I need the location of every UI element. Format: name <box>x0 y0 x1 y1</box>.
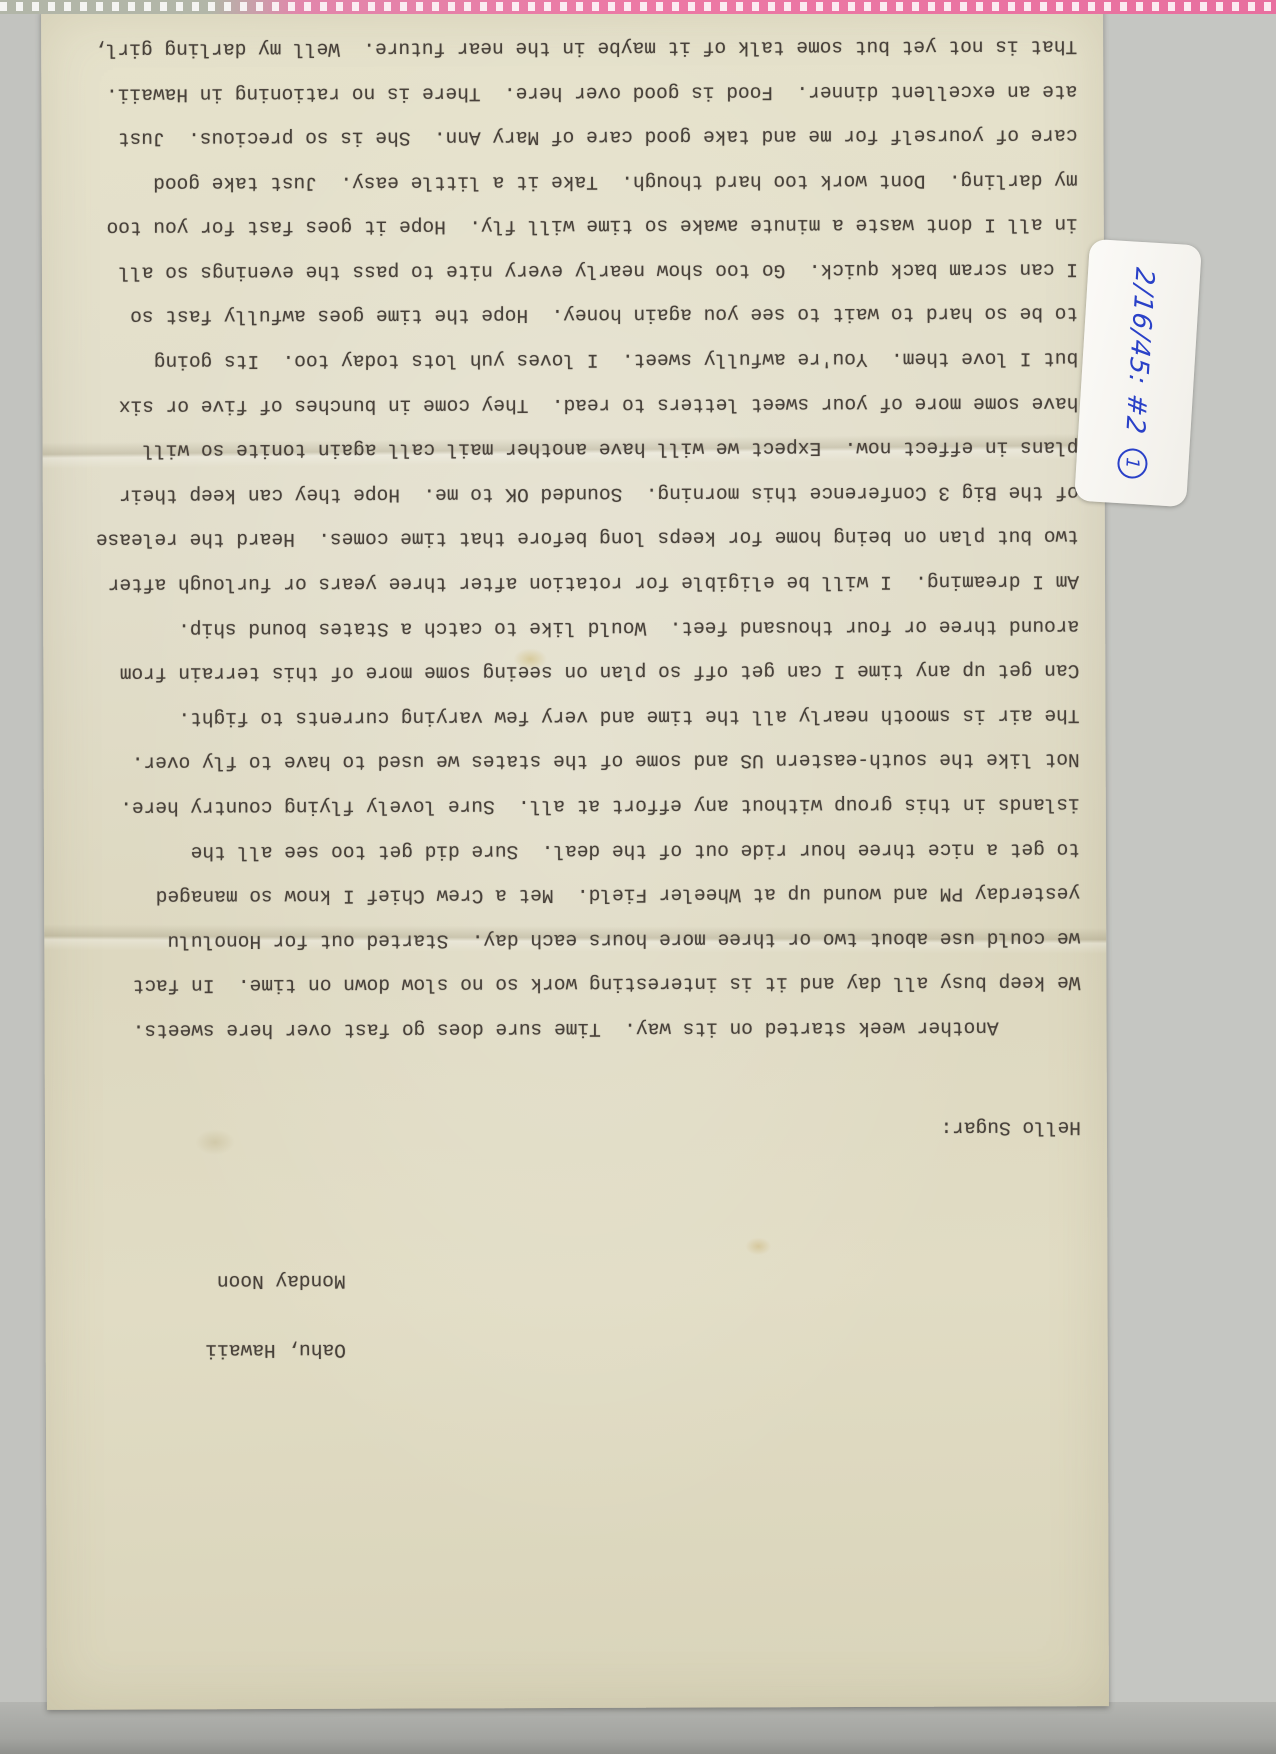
scanner-background-bottom <box>0 1702 1276 1754</box>
scanner-edge-strip <box>0 0 1276 14</box>
letter-line: yesterday PM and wound up at Wheeler Fie… <box>58 871 1080 919</box>
archive-label-circled-number: 1 <box>1117 447 1149 479</box>
letter-sheet: Oahu, Hawaii Monday Noon Hello Sugar: An… <box>41 6 1109 1710</box>
letter-line: care of yourself for me and take good ca… <box>55 113 1077 161</box>
letter-line: plans in effect now. Expect we will have… <box>56 425 1078 473</box>
archive-label-date: 2/16/45: #2 <box>1119 265 1159 436</box>
letter-line: ate an excellent dinner. Food is good ov… <box>55 68 1077 116</box>
letter-line: The air is smooth nearly all the time an… <box>57 692 1079 740</box>
letter-line: We keep busy all day and it is interesti… <box>58 960 1080 1008</box>
letter-line: Can get up any time I can get off so pla… <box>57 648 1079 696</box>
salutation: Hello Sugar: <box>59 1115 1081 1142</box>
letter-line: but I love them. You're awfully sweet. I… <box>56 336 1078 384</box>
letter-line: in all I dont waste a minute awake so ti… <box>56 202 1078 250</box>
letter-line: to get a nice three hour ride out of the… <box>58 826 1080 874</box>
scanner-background-left <box>0 0 44 1754</box>
letter-line: Not like the south-eastern US and some o… <box>58 737 1080 785</box>
archive-label: 2/16/45: #2 1 <box>1074 239 1202 507</box>
letterhead: Oahu, Hawaii Monday Noon <box>59 1223 346 1408</box>
letter-line: to be so hard to wait to see you again h… <box>56 291 1078 339</box>
letterhead-place: Oahu, Hawaii <box>60 1338 346 1362</box>
letter-line: around three or four thousand feet. Woul… <box>57 603 1079 651</box>
letter-line: islands in this group without any effort… <box>58 782 1080 830</box>
letter-line: we could use about two or three more hou… <box>58 915 1080 963</box>
scanned-letter-page: Oahu, Hawaii Monday Noon Hello Sugar: An… <box>0 0 1276 1754</box>
letter-line: Another week started on its way. Time su… <box>59 1005 1081 1053</box>
letter-line: Am I dreaming. I will be eligible for ro… <box>57 559 1079 607</box>
letter-line: That is not yet but some talk of it mayb… <box>55 24 1077 72</box>
letter-line: have some more of your sweet letters to … <box>56 380 1078 428</box>
letter-body: Another week started on its way. Time su… <box>54 6 1080 1053</box>
letter-line: of the Big 3 Conference this morning. So… <box>57 470 1079 518</box>
letterhead-date: Monday Noon <box>59 1269 345 1293</box>
letter-line: my darling. Dont work too hard though. T… <box>56 157 1078 205</box>
letter-line: I can scram back quick. Go too show near… <box>56 247 1078 295</box>
letter-text: Oahu, Hawaii Monday Noon Hello Sugar: An… <box>41 6 1109 1710</box>
letter-line: two but plan on being home for keeps lon… <box>57 514 1079 562</box>
archive-label-writing: 2/16/45: #2 1 <box>1117 267 1160 479</box>
